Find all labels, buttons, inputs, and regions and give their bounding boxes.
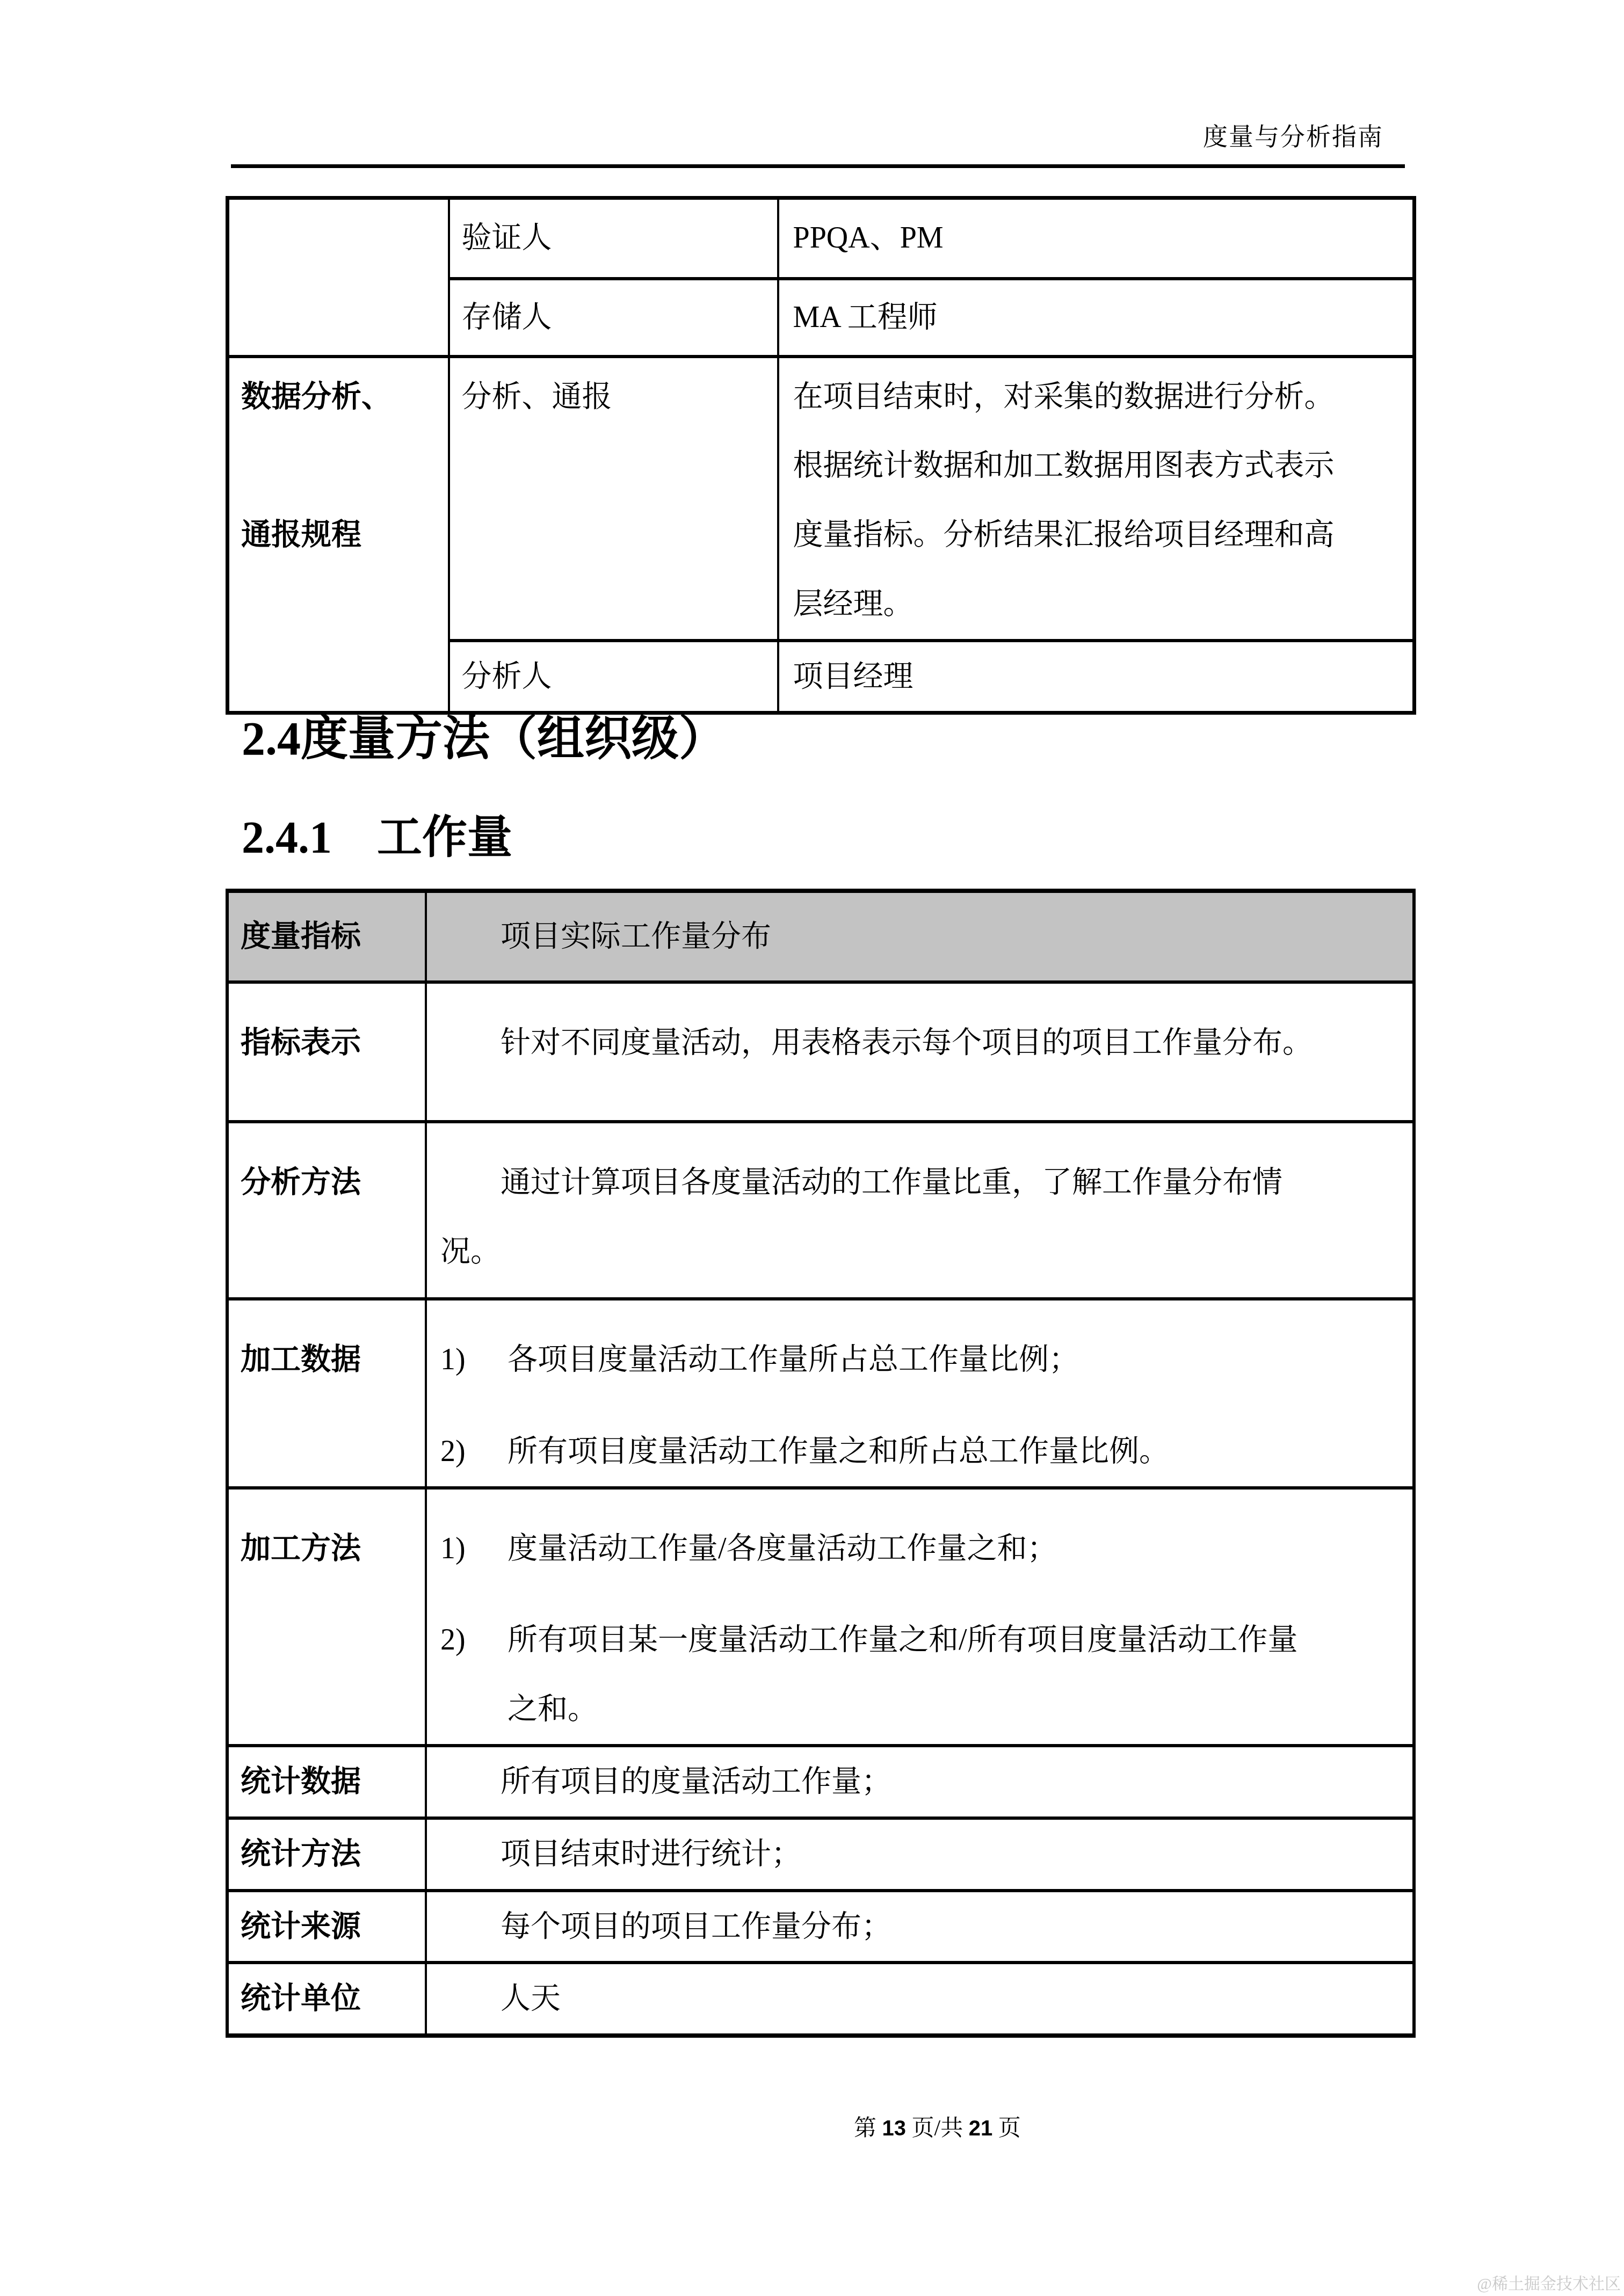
row-value-cell: 项目经理 bbox=[778, 641, 1415, 713]
watermark: @稀土掘金技术社区 bbox=[1477, 2270, 1621, 2294]
table-header-row: 度量指标 项目实际工作量分布 bbox=[227, 891, 1414, 982]
row-content-cell: 每个项目的项目工作量分布； bbox=[426, 1891, 1414, 1963]
row-label-cell: 度量指标 bbox=[227, 891, 426, 982]
table-row: 加工数据 1) 各项目度量活动工作量所占总工作量比例； 2) 所有项目度量活动工… bbox=[227, 1299, 1414, 1488]
row-label-cell: 统计方法 bbox=[227, 1818, 426, 1891]
row-label-cell: 加工数据 bbox=[227, 1299, 426, 1488]
data-analysis-procedure-table: 验证人 PPQA、PM 存储人 MA 工程师 数据分析、 通报规程 分析、通报 … bbox=[226, 196, 1416, 715]
footer-text: 页/共 bbox=[906, 2116, 969, 2141]
header-title: 度量与分析指南 bbox=[1203, 117, 1383, 152]
workload-measure-table: 度量指标 项目实际工作量分布 指标表示 针对不同度量活动，用表格表示每个项目的项… bbox=[226, 889, 1416, 2038]
row-value-cell: PPQA、PM bbox=[778, 198, 1415, 279]
list-item-number: 2) bbox=[440, 1417, 508, 1486]
row-content-cell: 针对不同度量活动，用表格表示每个项目的项目工作量分布。 bbox=[426, 982, 1414, 1122]
list-item: 2) 所有项目某一度量活动工作量之和/所有项目度量活动工作量 之和。 bbox=[440, 1605, 1402, 1744]
table-row: 加工方法 1) 度量活动工作量/各度量活动工作量之和； 2) 所有项目某一度量活… bbox=[227, 1488, 1414, 1746]
row-label-cell: 分析、通报 bbox=[449, 357, 778, 641]
row-label-cell: 加工方法 bbox=[227, 1488, 426, 1746]
row-content-cell: 项目结束时进行统计； bbox=[426, 1818, 1414, 1891]
footer-total-pages: 21 bbox=[969, 2117, 993, 2140]
table-row: 统计方法 项目结束时进行统计； bbox=[227, 1818, 1414, 1891]
row-label-cell: 统计来源 bbox=[227, 1891, 426, 1963]
table-row: 分析方法 通过计算项目各度量活动的工作量比重，了解工作量分布情 况。 bbox=[227, 1122, 1414, 1299]
row-label-cell: 统计数据 bbox=[227, 1746, 426, 1818]
row-label-cell: 指标表示 bbox=[227, 982, 426, 1122]
footer-current-page: 13 bbox=[882, 2117, 907, 2140]
list-item-text: 所有项目度量活动工作量之和所占总工作量比例。 bbox=[508, 1417, 1402, 1486]
list-item-number: 2) bbox=[440, 1605, 508, 1744]
list-item-text: 度量活动工作量/各度量活动工作量之和； bbox=[508, 1514, 1402, 1583]
list-item-number: 1) bbox=[440, 1514, 508, 1583]
row-label-cell: 分析方法 bbox=[227, 1122, 426, 1299]
section-heading-2-4-1: 2.4.1 工作量 bbox=[242, 801, 512, 866]
row-content-cell: 1) 各项目度量活动工作量所占总工作量比例； 2) 所有项目度量活动工作量之和所… bbox=[426, 1299, 1414, 1488]
list-item-number: 1) bbox=[440, 1325, 508, 1394]
group-label-cell: 数据分析、 通报规程 bbox=[228, 357, 449, 713]
row-label-cell: 验证人 bbox=[449, 198, 778, 279]
row-content-cell: 1) 度量活动工作量/各度量活动工作量之和； 2) 所有项目某一度量活动工作量之… bbox=[426, 1488, 1414, 1746]
list-item-text: 各项目度量活动工作量所占总工作量比例； bbox=[508, 1325, 1402, 1394]
empty-group-cell bbox=[228, 198, 449, 357]
row-value-cell: 在项目结束时，对采集的数据进行分析。 根据统计数据和加工数据用图表方式表示 度量… bbox=[778, 357, 1415, 641]
table-row: 统计来源 每个项目的项目工作量分布； bbox=[227, 1891, 1414, 1963]
row-value-cell: MA 工程师 bbox=[778, 279, 1415, 357]
row-label-cell: 存储人 bbox=[449, 279, 778, 357]
table-row: 验证人 PPQA、PM bbox=[228, 198, 1415, 279]
footer-text: 页 bbox=[992, 2116, 1021, 2141]
table-row: 数据分析、 通报规程 分析、通报 在项目结束时，对采集的数据进行分析。 根据统计… bbox=[228, 357, 1415, 641]
document-page: { "header": { "title": "度量与分析指南" }, "hea… bbox=[0, 0, 1624, 2296]
header-rule bbox=[231, 164, 1405, 168]
row-content-cell: 所有项目的度量活动工作量； bbox=[426, 1746, 1414, 1818]
table-row: 统计数据 所有项目的度量活动工作量； bbox=[227, 1746, 1414, 1818]
list-item: 1) 各项目度量活动工作量所占总工作量比例； bbox=[440, 1325, 1402, 1394]
row-content-cell: 通过计算项目各度量活动的工作量比重，了解工作量分布情 况。 bbox=[426, 1122, 1414, 1299]
row-content-cell: 人天 bbox=[426, 1963, 1414, 2036]
row-label-cell: 统计单位 bbox=[227, 1963, 426, 2036]
row-content-cell: 项目实际工作量分布 bbox=[426, 891, 1414, 982]
table-row: 指标表示 针对不同度量活动，用表格表示每个项目的项目工作量分布。 bbox=[227, 982, 1414, 1122]
list-item-text: 所有项目某一度量活动工作量之和/所有项目度量活动工作量 之和。 bbox=[508, 1605, 1402, 1744]
section-heading-2-4: 2.4度量方法（组织级） bbox=[242, 701, 726, 768]
footer-page-number: 第 13 页/共 21 页 bbox=[854, 2110, 1021, 2142]
table-row: 统计单位 人天 bbox=[227, 1963, 1414, 2036]
footer-text: 第 bbox=[854, 2116, 882, 2141]
list-item: 1) 度量活动工作量/各度量活动工作量之和； bbox=[440, 1514, 1402, 1583]
list-item: 2) 所有项目度量活动工作量之和所占总工作量比例。 bbox=[440, 1417, 1402, 1486]
